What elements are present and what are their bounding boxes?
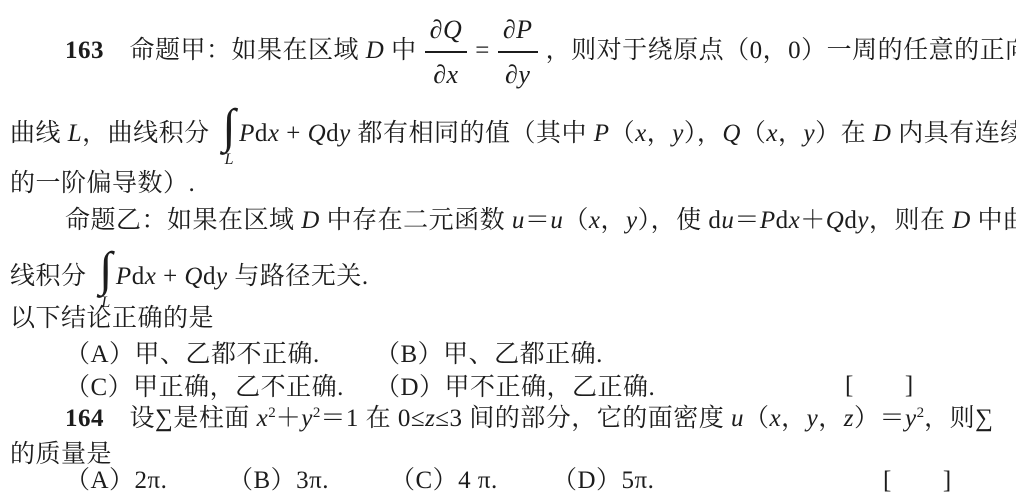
- text-segment: ，则在: [869, 207, 952, 234]
- text-segment: ，则对于绕原点（0，0）一周的任意的正向闭: [546, 37, 1016, 64]
- text-segment: 164: [65, 405, 104, 432]
- q164-stem-line-1: 164 设∑是柱面 x2＋y2＝1 在 0≤z≤3 间的部分，它的面密度 u（x…: [65, 402, 993, 439]
- q163-answer-bracket: [ ]: [845, 369, 914, 403]
- q163-stem-line-6: 以下结论正确的是: [10, 302, 214, 336]
- q164-option-c: （C）4 π.: [390, 464, 498, 498]
- integral-sign: ∫L: [222, 103, 236, 168]
- q163-stem-line-2: 曲线 L，曲线积分 ∫LPdx + Qdy 都有相同的值（其中 P（x，y），Q…: [10, 103, 1016, 168]
- text-segment: D: [301, 207, 320, 234]
- text-segment: P: [594, 120, 610, 147]
- text-segment: ∂P: [503, 15, 533, 44]
- fraction: ∂Q∂x: [425, 12, 468, 92]
- text-segment: d: [203, 263, 216, 290]
- text-segment: y: [807, 405, 819, 432]
- text-segment: P: [760, 207, 776, 234]
- q163-option-a: （A）甲、乙都不正确.: [65, 338, 320, 372]
- text-segment: y: [905, 405, 917, 432]
- text-segment: ＝1: [320, 405, 359, 432]
- text-segment: ，: [600, 207, 626, 234]
- text-segment: ＝: [734, 207, 760, 234]
- text-segment: d: [132, 263, 145, 290]
- text-segment: z: [844, 405, 854, 432]
- text-segment: ∂Q: [430, 15, 463, 44]
- text-segment: ），使: [638, 207, 709, 234]
- q163-stem-line-3: 的一阶偏导数）.: [10, 167, 195, 201]
- text-segment: ，: [647, 120, 673, 147]
- integral-symbol: ∫: [222, 103, 236, 151]
- q163-option-c: （C）甲正确，乙不正确.: [65, 371, 344, 405]
- text-segment: 中存在二元函数: [320, 207, 512, 234]
- text-segment: 在 0≤: [359, 405, 425, 432]
- text-segment: 线积分: [10, 263, 93, 290]
- fraction-denominator: ∂y: [498, 53, 538, 92]
- text-segment: 内具有连续: [891, 120, 1016, 147]
- text-segment: y: [301, 405, 313, 432]
- text-segment: ）＝: [854, 405, 905, 432]
- text-segment: d: [255, 120, 268, 147]
- q163-option-d: （D）甲不正确，乙正确.: [375, 371, 655, 405]
- exam-document-page: 163 命题甲：如果在区域 D 中∂Q∂x=∂P∂y，则对于绕原点（0，0）一周…: [0, 0, 1016, 498]
- text-segment: y: [804, 120, 816, 147]
- text-segment: D: [366, 37, 385, 64]
- text-segment: ∂x: [433, 60, 458, 89]
- text-segment: ）在: [815, 120, 873, 147]
- text-segment: y: [339, 120, 351, 147]
- text-segment: d: [844, 207, 857, 234]
- text-segment: （: [744, 405, 770, 432]
- text-segment: 都有相同的值（其中: [351, 120, 594, 147]
- q163-option-b: （B）甲、乙都正确.: [375, 338, 603, 372]
- text-segment: u: [721, 207, 734, 234]
- text-segment: x: [268, 120, 280, 147]
- text-segment: x: [770, 405, 782, 432]
- text-segment: Q: [826, 207, 845, 234]
- text-segment: y: [626, 207, 638, 234]
- text-segment: x: [789, 207, 801, 234]
- text-segment: =: [475, 37, 490, 64]
- text-segment: u: [550, 207, 563, 234]
- text-segment: 设∑是柱面: [104, 405, 257, 432]
- text-segment: ，曲线积分: [82, 120, 216, 147]
- text-segment: D: [873, 120, 892, 147]
- q164-option-a: （A）2π.: [65, 464, 167, 498]
- integral-lower-limit: L: [222, 152, 236, 168]
- fraction-numerator: ∂P: [498, 12, 538, 53]
- text-segment: d: [708, 207, 721, 234]
- text-segment: P: [116, 263, 132, 290]
- text-segment: x: [145, 263, 157, 290]
- fraction: ∂P∂y: [498, 12, 538, 92]
- text-segment: ，则∑: [924, 405, 993, 432]
- text-segment: d: [326, 120, 339, 147]
- text-segment: 2: [917, 405, 925, 421]
- q163-stem-line-4: 命题乙：如果在区域 D 中存在二元函数 u＝u（x，y），使 du＝Pdx＋Qd…: [65, 204, 1016, 238]
- integral-symbol: ∫: [99, 246, 113, 294]
- text-segment: y: [672, 120, 684, 147]
- text-segment: 163: [65, 37, 104, 64]
- text-segment: （: [741, 120, 767, 147]
- text-segment: 中曲: [971, 207, 1016, 234]
- text-segment: ，: [818, 405, 844, 432]
- text-segment: 命题乙：如果在区域: [65, 207, 301, 234]
- text-segment: 的一阶偏导数）.: [10, 170, 195, 197]
- text-segment: y: [216, 263, 228, 290]
- text-segment: ∂y: [505, 60, 530, 89]
- q164-answer-bracket: [ ]: [883, 464, 952, 498]
- text-segment: ＋: [276, 405, 302, 432]
- text-segment: z: [425, 405, 435, 432]
- text-segment: （: [563, 207, 589, 234]
- text-segment: ），: [684, 120, 723, 147]
- text-segment: ≤3 间的部分，它的面密度: [435, 405, 731, 432]
- text-segment: 中: [384, 37, 416, 64]
- fraction-denominator: ∂x: [425, 53, 468, 92]
- text-segment: Q: [184, 263, 203, 290]
- text-segment: 曲线: [10, 120, 68, 147]
- fraction-numerator: ∂Q: [425, 12, 468, 53]
- text-segment: d: [776, 207, 789, 234]
- text-segment: Q: [722, 120, 741, 147]
- text-segment: u: [512, 207, 525, 234]
- text-segment: 2: [268, 405, 276, 421]
- text-segment: Q: [308, 120, 327, 147]
- text-segment: +: [279, 120, 307, 147]
- text-segment: D: [952, 207, 971, 234]
- text-segment: （: [610, 120, 636, 147]
- text-segment: +: [156, 263, 184, 290]
- text-segment: x: [589, 207, 601, 234]
- text-segment: 以下结论正确的是: [10, 305, 214, 332]
- text-segment: y: [857, 207, 869, 234]
- text-segment: ＝: [525, 207, 551, 234]
- text-segment: u: [731, 405, 744, 432]
- text-segment: x: [766, 120, 778, 147]
- text-segment: 与路径无关.: [228, 263, 369, 290]
- q164-option-d: （D）5π.: [552, 464, 654, 498]
- text-segment: 2: [313, 405, 321, 421]
- text-segment: ，: [781, 405, 807, 432]
- text-segment: ，: [778, 120, 804, 147]
- text-segment: 命题甲：如果在区域: [104, 37, 366, 64]
- text-segment: ＋: [800, 207, 826, 234]
- text-segment: x: [257, 405, 269, 432]
- q164-option-b: （B）3π.: [228, 464, 329, 498]
- q163-stem-line-1: 163 命题甲：如果在区域 D 中∂Q∂x=∂P∂y，则对于绕原点（0，0）一周…: [65, 12, 1016, 92]
- text-segment: L: [68, 120, 82, 147]
- text-segment: x: [635, 120, 647, 147]
- text-segment: P: [239, 120, 255, 147]
